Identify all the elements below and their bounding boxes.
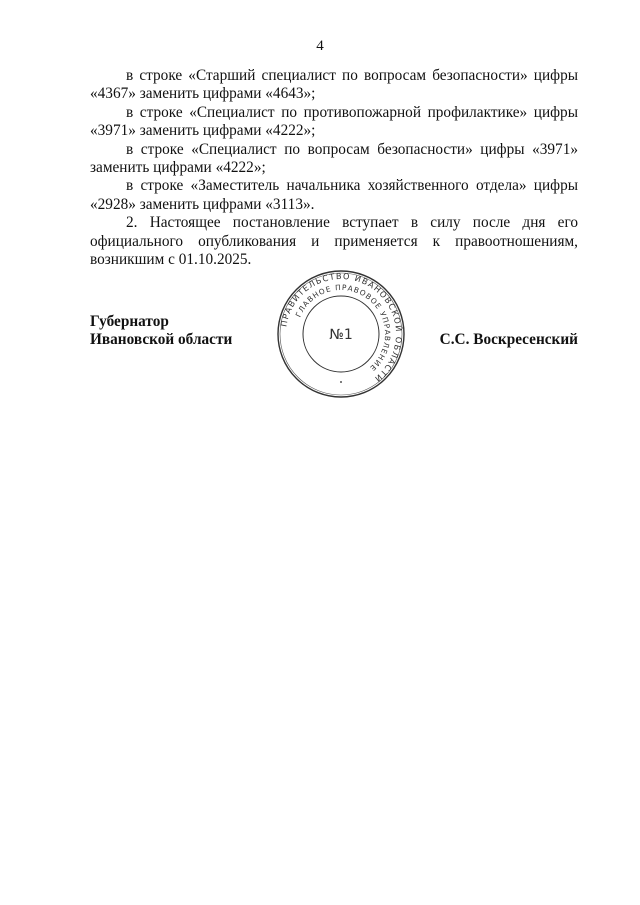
- signer-title-line2: Ивановской области: [90, 331, 232, 349]
- official-stamp-icon: ПРАВИТЕЛЬСТВО ИВАНОВСКОЙ ОБЛАСТИ ГЛАВНОЕ…: [276, 269, 406, 399]
- paragraph-amendment-4: в строке «Заместитель начальника хозяйст…: [90, 177, 578, 214]
- page-number: 4: [0, 38, 640, 55]
- paragraph-amendment-2: в строке «Специалист по противопожарной …: [90, 104, 578, 141]
- signer-title-line1: Губернатор: [90, 313, 232, 331]
- document-body: в строке «Старший специалист по вопросам…: [90, 67, 578, 269]
- stamp-center-text: №1: [329, 327, 352, 343]
- paragraph-effective-date: 2. Настоящее постановление вступает в си…: [90, 214, 578, 269]
- signer-name: С.С. Воскресенский: [440, 331, 578, 349]
- paragraph-amendment-1: в строке «Старший специалист по вопросам…: [90, 67, 578, 104]
- signer-title: Губернатор Ивановской области: [90, 313, 232, 349]
- paragraph-amendment-3: в строке «Специалист по вопросам безопас…: [90, 141, 578, 178]
